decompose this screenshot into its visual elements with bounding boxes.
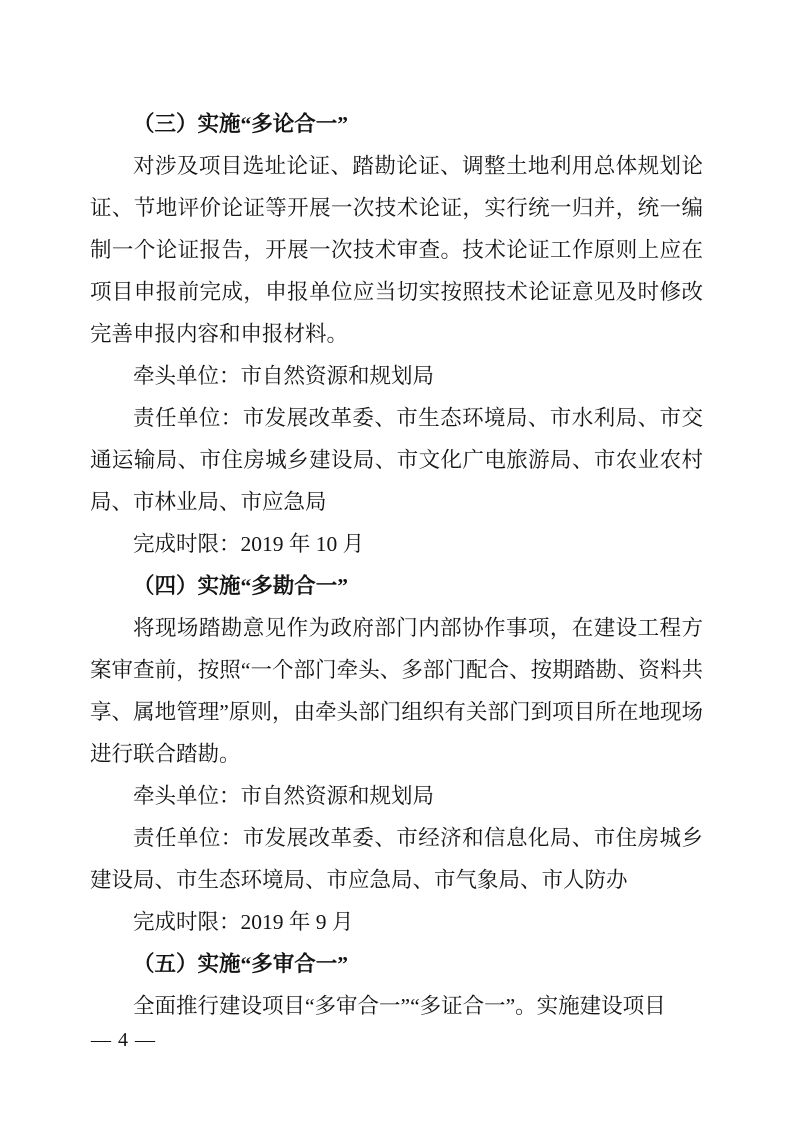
lead-unit-line: 牵头单位：市自然资源和规划局 — [90, 775, 703, 817]
section-heading: （五）实施“多审合一” — [90, 943, 703, 985]
deadline-line: 完成时限：2019 年 9 月 — [90, 901, 703, 943]
lead-unit-line: 牵头单位：市自然资源和规划局 — [90, 355, 703, 397]
deadline-line: 完成时限：2019 年 10 月 — [90, 523, 703, 565]
section-body-paragraph: 将现场踏勘意见作为政府部门内部协作事项，在建设工程方案审查前，按照“一个部门牵头… — [90, 607, 703, 775]
section-body-paragraph: 对涉及项目选址论证、踏勘论证、调整土地利用总体规划论证、节地评价论证等开展一次技… — [90, 145, 703, 355]
document-content: （三）实施“多论合一” 对涉及项目选址论证、踏勘论证、调整土地利用总体规划论证、… — [90, 103, 703, 1027]
page-number: — 4 — — [91, 1019, 156, 1061]
section-duolunheyi: （三）实施“多论合一” 对涉及项目选址论证、踏勘论证、调整土地利用总体规划论证、… — [90, 103, 703, 565]
responsible-units-line: 责任单位：市发展改革委、市经济和信息化局、市住房城乡建设局、市生态环境局、市应急… — [90, 817, 703, 901]
section-duokanheyi: （四）实施“多勘合一” 将现场踏勘意见作为政府部门内部协作事项，在建设工程方案审… — [90, 565, 703, 943]
section-duoshenheyi: （五）实施“多审合一” 全面推行建设项目“多审合一”“多证合一”。实施建设项目 — [90, 943, 703, 1027]
document-page: （三）实施“多论合一” 对涉及项目选址论证、踏勘论证、调整土地利用总体规划论证、… — [0, 0, 793, 1122]
responsible-units-line: 责任单位：市发展改革委、市生态环境局、市水利局、市交通运输局、市住房城乡建设局、… — [90, 397, 703, 523]
section-heading: （三）实施“多论合一” — [90, 103, 703, 145]
section-body-paragraph: 全面推行建设项目“多审合一”“多证合一”。实施建设项目 — [90, 985, 703, 1027]
section-heading: （四）实施“多勘合一” — [90, 565, 703, 607]
